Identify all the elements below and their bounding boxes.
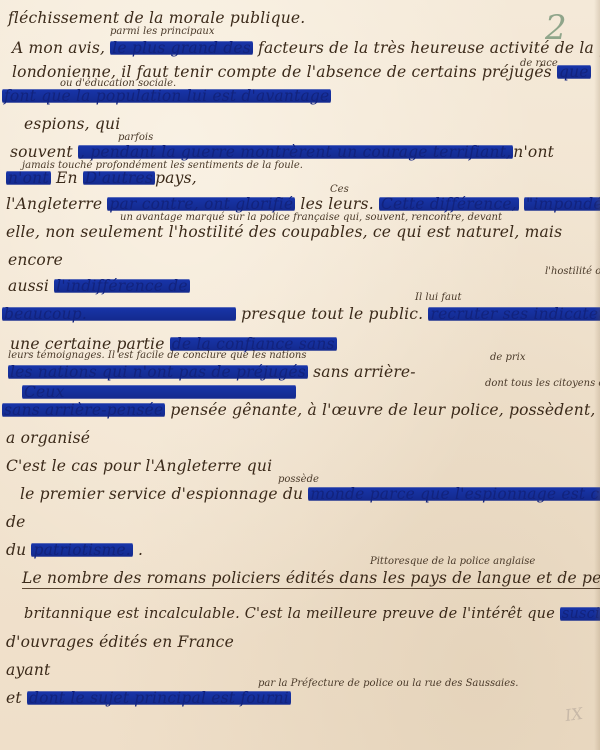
line-text: du [6, 541, 26, 559]
struck-text: recruter ses indicateurs dans des milieu… [428, 304, 600, 324]
line-text: aussi [8, 277, 49, 295]
struck-text: les nations qui n'ont pas de préjugés [8, 362, 308, 382]
struck-text: Ceux [22, 382, 296, 402]
line-text: En [56, 169, 78, 187]
struck-text: Cette différence, [379, 194, 519, 214]
line-text: facteurs de la très heureuse activité de… [258, 39, 600, 57]
line-text: presque tout le public. [241, 305, 423, 323]
manuscript-page: 2 fléchissement de la morale publique. A… [0, 0, 600, 750]
line-text: et [6, 689, 22, 707]
line-text: l'Angleterre [6, 195, 102, 213]
text-line: elle, non seulement l'hostilité des coup… [6, 222, 562, 242]
interlinear-insertion: par la Préfecture de police ou la rue de… [258, 678, 519, 690]
line-text: souvent [10, 143, 73, 161]
interlinear-insertion: parmi les principaux [110, 26, 215, 38]
text-line: ayant [6, 660, 50, 680]
text-line: beaucoup. presque tout le public. recrut… [2, 304, 600, 324]
interlinear-insertion: de race [520, 58, 558, 70]
interlinear-insertion: dont tous les citoyens offrent spontaném… [485, 378, 600, 390]
struck-text: , pendant la guerre montrèrent un courag… [78, 142, 513, 162]
text-line: a organisé [6, 428, 90, 448]
line-text: fléchissement de la morale publique. [8, 9, 305, 27]
struck-text: n'ont [6, 168, 51, 188]
text-line: l'Angleterre par contre, ont glorifié le… [6, 194, 600, 214]
line-text: britannique est incalculable. C'est la m… [24, 606, 555, 622]
interlinear-insertion: Pittoresque de la police anglaise [370, 556, 535, 568]
line-text: pensée gênante, à l'œuvre de leur police… [170, 401, 600, 419]
text-line: sans arrière-pensée pensée gênante, à l'… [2, 400, 600, 420]
struck-text: dont le sujet principal est fourni [27, 688, 291, 708]
text-line: n'ont En D'autrespays, [6, 168, 197, 188]
line-text: les leurs. [300, 195, 373, 213]
section-heading: Le nombre des romans policiers édités da… [22, 568, 600, 588]
text-line: font que la population lui est d'avantag… [2, 86, 331, 106]
struck-text: font que la population lui est d'avantag… [2, 86, 331, 106]
struck-text: patriotisme. [31, 540, 132, 560]
text-line: du patriotisme. . [6, 540, 143, 560]
line-text: C'est le cas pour l'Angleterre qui [6, 457, 272, 475]
line-text: d'ouvrages édités en France [6, 633, 234, 651]
line-text: encore [8, 251, 63, 269]
line-text: A mon avis, [12, 39, 105, 57]
struck-text: suscite Scotland Yard dans le pays. On n… [560, 604, 600, 624]
struck-text: sans arrière-pensée [2, 400, 165, 420]
pencil-mark: IX [564, 704, 584, 725]
text-line: fléchissement de la morale publique. [8, 8, 305, 28]
struck-text: l'indifférence de [54, 276, 190, 296]
text-line: aussi l'indifférence de [8, 276, 190, 296]
text-line: les nations qui n'ont pas de préjugés sa… [8, 362, 416, 382]
text-line: souvent , pendant la guerre montrèrent u… [10, 142, 554, 162]
line-text: de [6, 513, 26, 531]
interlinear-insertion: de prix [490, 352, 526, 364]
struck-text: "impondérables" [524, 194, 600, 214]
text-line: espions, qui [24, 114, 120, 134]
text-line: le premier service d'espionnage du monde… [20, 484, 600, 504]
text-line: d'ouvrages édités en France [6, 632, 234, 652]
line-text: . [138, 541, 143, 559]
struck-text: le plus grand des [110, 38, 253, 58]
struck-text: monde parce que l'espionnage est chez el… [308, 484, 600, 504]
line-text: pays, [155, 169, 197, 187]
struck-text: par contre, ont glorifié [107, 194, 295, 214]
text-line: A mon avis, le plus grand des facteurs d… [12, 38, 600, 58]
line-text: sans arrière- [313, 363, 416, 381]
line-text: ayant [6, 661, 50, 679]
struck-text: D'autres [83, 168, 155, 188]
text-line: encore [8, 250, 63, 270]
text-line: C'est le cas pour l'Angleterre qui [6, 456, 272, 476]
text-line: de [6, 512, 26, 532]
interlinear-insertion: leurs témoignages. Il est facile de conc… [8, 350, 306, 362]
text-line: Ceux [22, 382, 296, 402]
line-text: elle, non seulement l'hostilité des coup… [6, 223, 562, 241]
interlinear-insertion: l'hostilité ou l'indifférence [545, 266, 600, 278]
text-line: et dont le sujet principal est fourni [6, 688, 291, 708]
struck-text: beaucoup. [2, 304, 236, 324]
line-text: a organisé [6, 429, 90, 447]
struck-text: que [557, 62, 591, 82]
line-text: le premier service d'espionnage du [20, 485, 303, 503]
line-text: espions, qui [24, 115, 120, 133]
interlinear-insertion: Il lui faut [415, 292, 461, 304]
text-line: britannique est incalculable. C'est la m… [24, 604, 600, 624]
heading-text: Le nombre des romans policiers édités da… [22, 569, 600, 589]
line-text: n'ont [513, 143, 554, 161]
